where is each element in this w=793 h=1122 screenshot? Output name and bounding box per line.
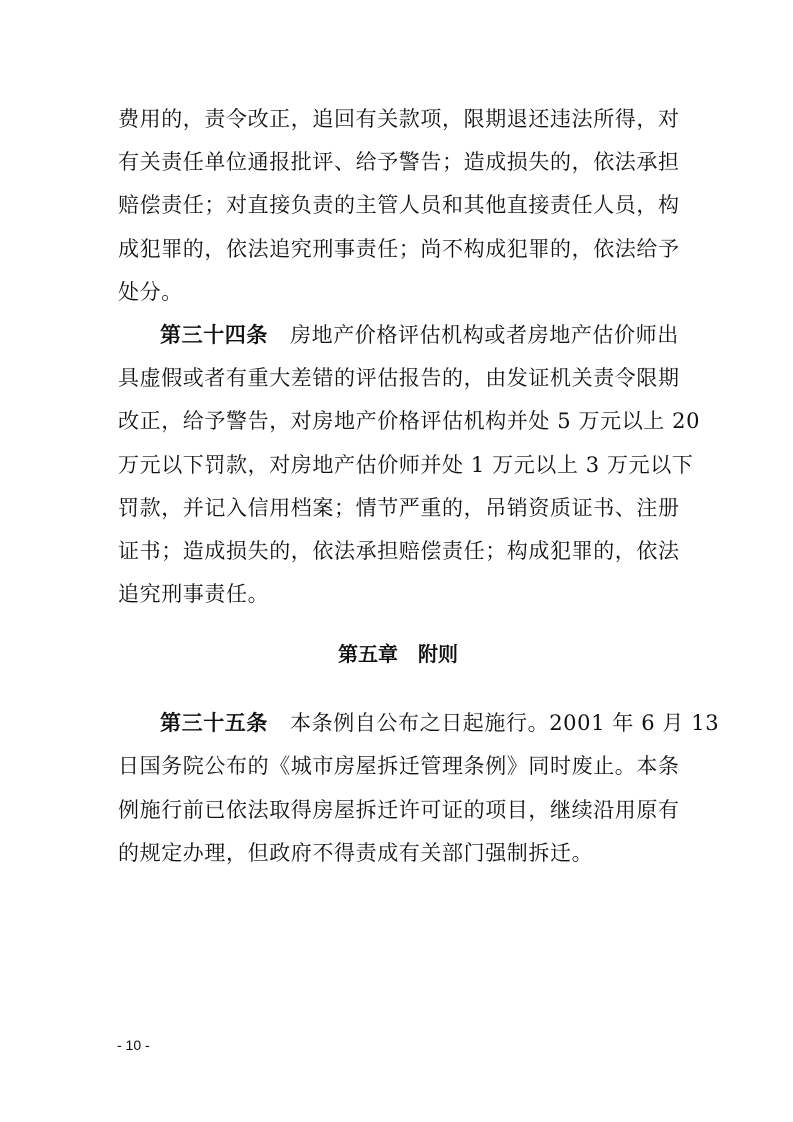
- text-line: 有关责任单位通报批评、给予警告；造成损失的，依法承担: [118, 141, 678, 184]
- text-line: 证书；造成损失的，依法承担赔偿责任；构成犯罪的，依法: [118, 530, 678, 573]
- chapter-number: 第五章: [338, 642, 398, 666]
- text-line: 追究刑事责任。: [118, 573, 678, 616]
- chapter-name: 附则: [418, 642, 458, 666]
- article-35: 第三十五条本条例自公布之日起施行。2001 年 6 月 13 日国务院公布的《城…: [118, 702, 678, 875]
- article-34: 第三十四条房地产价格评估机构或者房地产估价师出 具虚假或者有重大差错的评估报告的…: [118, 314, 678, 616]
- document-page: 费用的，责令改正，追回有关款项，限期退还违法所得，对 有关责任单位通报批评、给予…: [118, 98, 678, 875]
- article-text: 房地产价格评估机构或者房地产估价师出: [290, 323, 679, 347]
- text-line: 例施行前已依法取得房屋拆迁许可证的项目，继续沿用原有: [118, 789, 678, 832]
- text-line: 具虚假或者有重大差错的评估报告的，由发证机关责令限期: [118, 357, 678, 400]
- article-title: 第三十四条: [160, 323, 268, 347]
- text-line: 日国务院公布的《城市房屋拆迁管理条例》同时废止。本条: [118, 745, 678, 788]
- text-line: 的规定办理，但政府不得责成有关部门强制拆迁。: [118, 832, 678, 875]
- text-line: 赔偿责任；对直接负责的主管人员和其他直接责任人员，构: [118, 184, 678, 227]
- page-number: - 10 -: [117, 1037, 150, 1053]
- text-line: 费用的，责令改正，追回有关款项，限期退还违法所得，对: [118, 98, 678, 141]
- article-title: 第三十五条: [160, 711, 268, 735]
- article-text: 本条例自公布之日起施行。2001 年 6 月 13: [290, 711, 719, 735]
- text-line: 万元以下罚款，对房地产估价师并处 1 万元以上 3 万元以下: [118, 444, 678, 487]
- text-line: 改正，给予警告，对房地产价格评估机构并处 5 万元以上 20: [118, 400, 678, 443]
- text-line: 处分。: [118, 271, 678, 314]
- paragraph-continuation: 费用的，责令改正，追回有关款项，限期退还违法所得，对 有关责任单位通报批评、给予…: [118, 98, 678, 314]
- article-first-line: 第三十五条本条例自公布之日起施行。2001 年 6 月 13: [118, 702, 678, 745]
- chapter-heading: 第五章附则: [118, 633, 678, 676]
- text-line: 罚款，并记入信用档案；情节严重的，吊销资质证书、注册: [118, 487, 678, 530]
- article-first-line: 第三十四条房地产价格评估机构或者房地产估价师出: [118, 314, 678, 357]
- text-line: 成犯罪的，依法追究刑事责任；尚不构成犯罪的，依法给予: [118, 228, 678, 271]
